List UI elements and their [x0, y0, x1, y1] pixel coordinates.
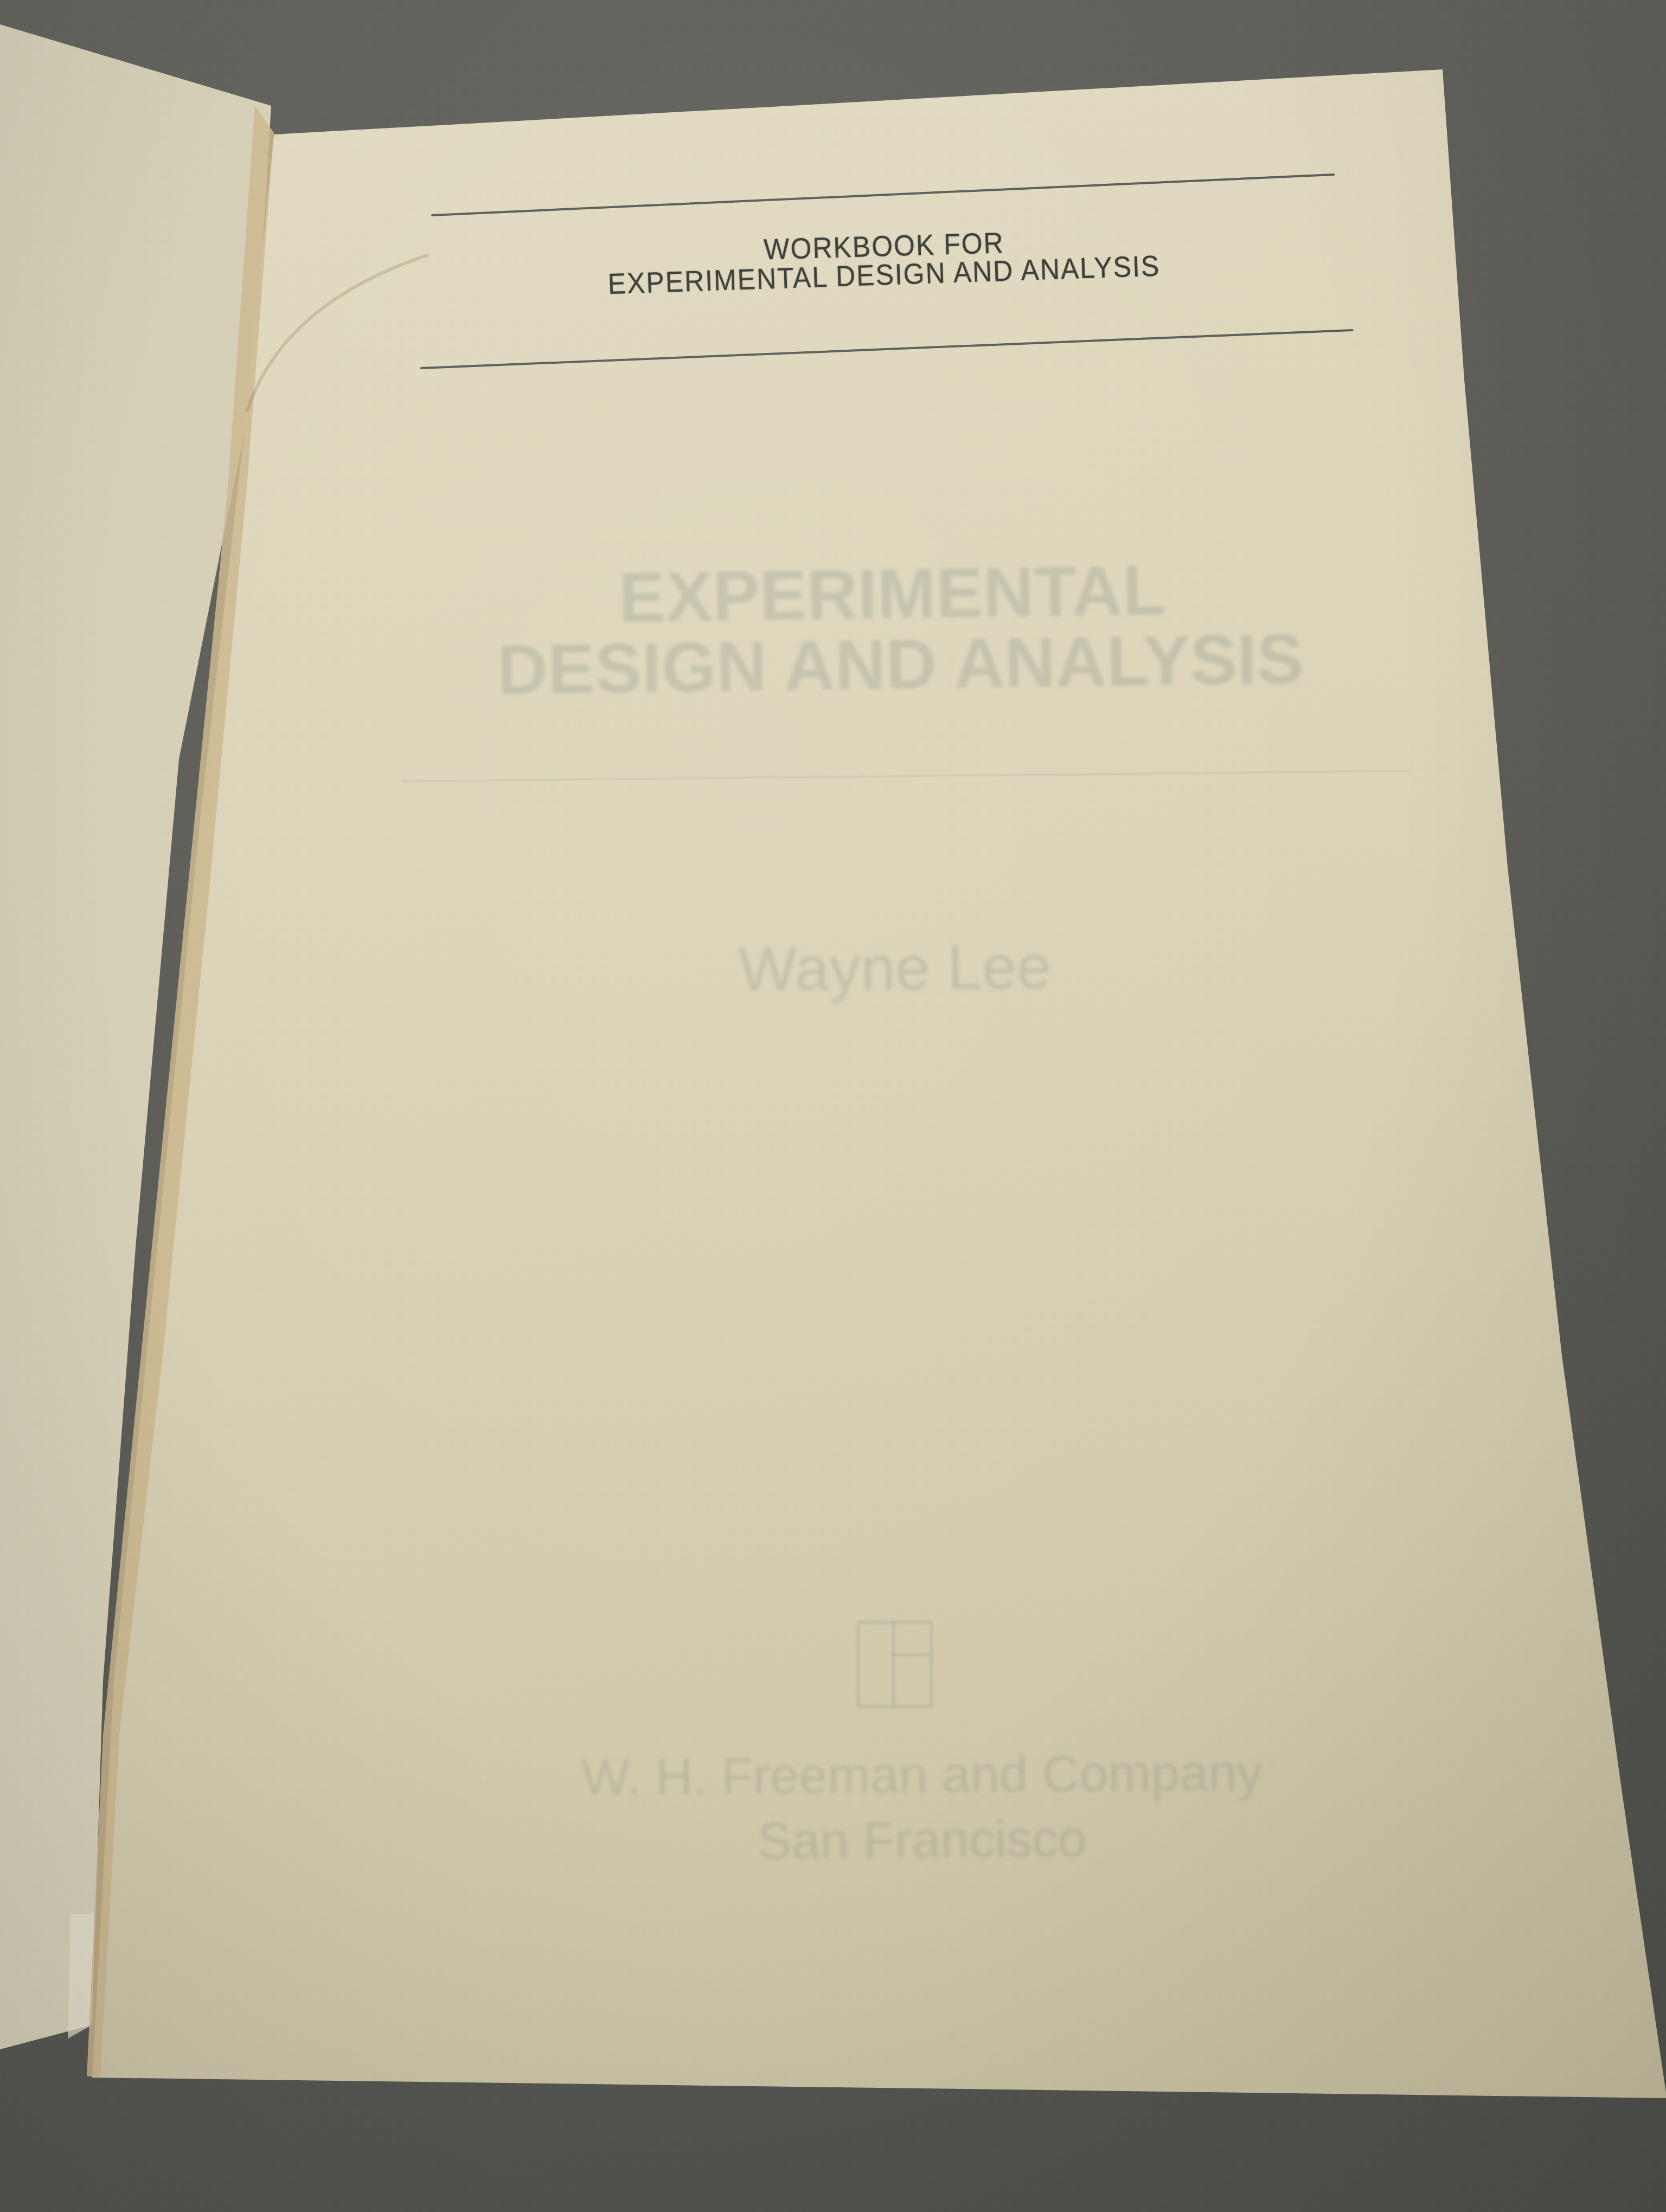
ghost-title-line-2: DESIGN AND ANALYSIS — [428, 617, 1373, 711]
photo-scene: EXPERIMENTAL DESIGN AND ANALYSIS Wayne L… — [0, 0, 1666, 2212]
ghost-city: San Francisco — [694, 1809, 1150, 1872]
publisher-logo-icon — [857, 1621, 933, 1708]
ghost-author: Wayne Lee — [677, 931, 1112, 1006]
ghost-publisher: W. H. Freeman and Company — [521, 1743, 1324, 1808]
